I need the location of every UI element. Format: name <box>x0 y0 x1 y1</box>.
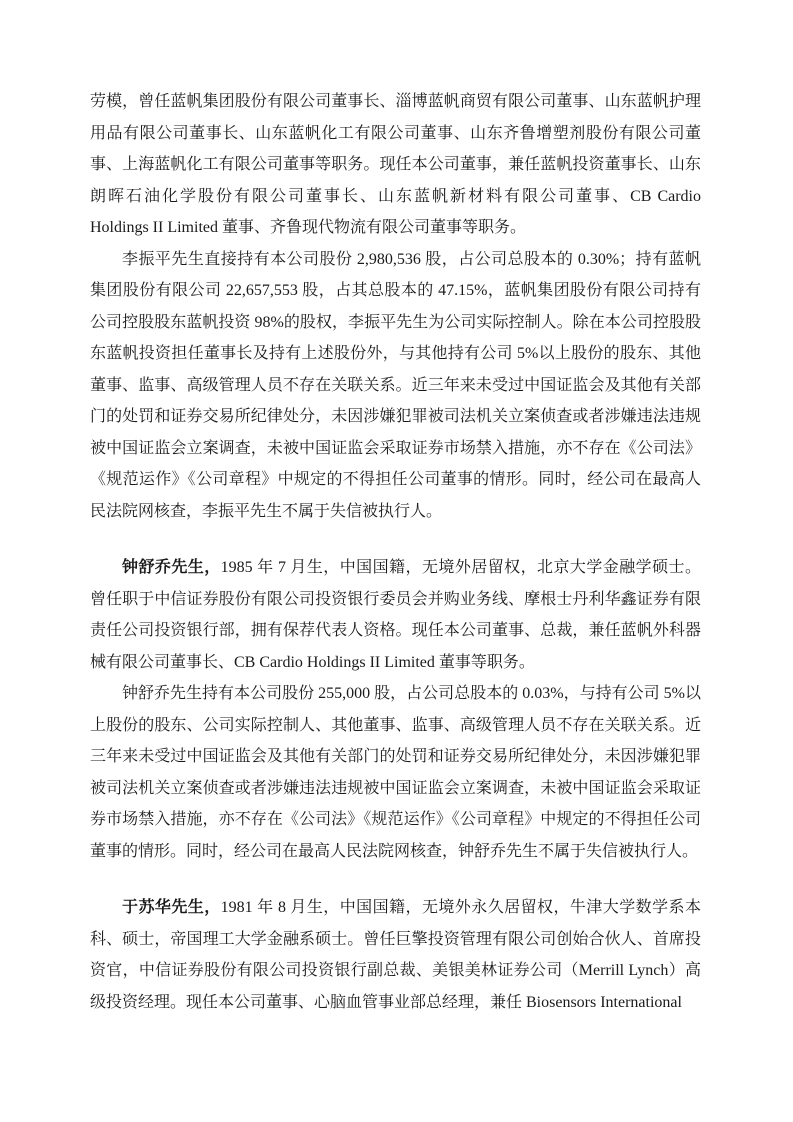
paragraph-continuation-director-roles: 劳模，曾任蓝帆集团股份有限公司董事长、淄博蓝帆商贸有限公司董事、山东蓝帆护理用品… <box>90 86 701 244</box>
paragraph-text: 钟舒乔先生持有本公司股份 255,000 股，占公司总股本的 0.03%，与持有… <box>90 685 701 860</box>
paragraph-text: 劳模，曾任蓝帆集团股份有限公司董事长、淄博蓝帆商贸有限公司董事、山东蓝帆护理用品… <box>90 93 701 236</box>
paragraph-yu-suhua-bio: 于苏华先生，1981 年 8 月生，中国国籍，无境外永久居留权，牛津大学数学系本… <box>90 892 701 1018</box>
person-name-bold: 于苏华先生， <box>122 899 221 916</box>
person-name-bold: 钟舒乔先生， <box>122 559 221 576</box>
paragraph-li-zhenping-shareholding: 李振平先生直接持有本公司股份 2,980,536 股，占公司总股本的 0.30%… <box>90 244 701 528</box>
paragraph-zhong-shuqiao-shareholding: 钟舒乔先生持有本公司股份 255,000 股，占公司总股本的 0.03%，与持有… <box>90 678 701 867</box>
document-page: 劳模，曾任蓝帆集团股份有限公司董事长、淄博蓝帆商贸有限公司董事、山东蓝帆护理用品… <box>0 0 793 1122</box>
paragraph-zhong-shuqiao-bio: 钟舒乔先生，1985 年 7 月生，中国国籍，无境外居留权，北京大学金融学硕士。… <box>90 552 701 678</box>
paragraph-text: 李振平先生直接持有本公司股份 2,980,536 股，占公司总股本的 0.30%… <box>90 251 701 520</box>
